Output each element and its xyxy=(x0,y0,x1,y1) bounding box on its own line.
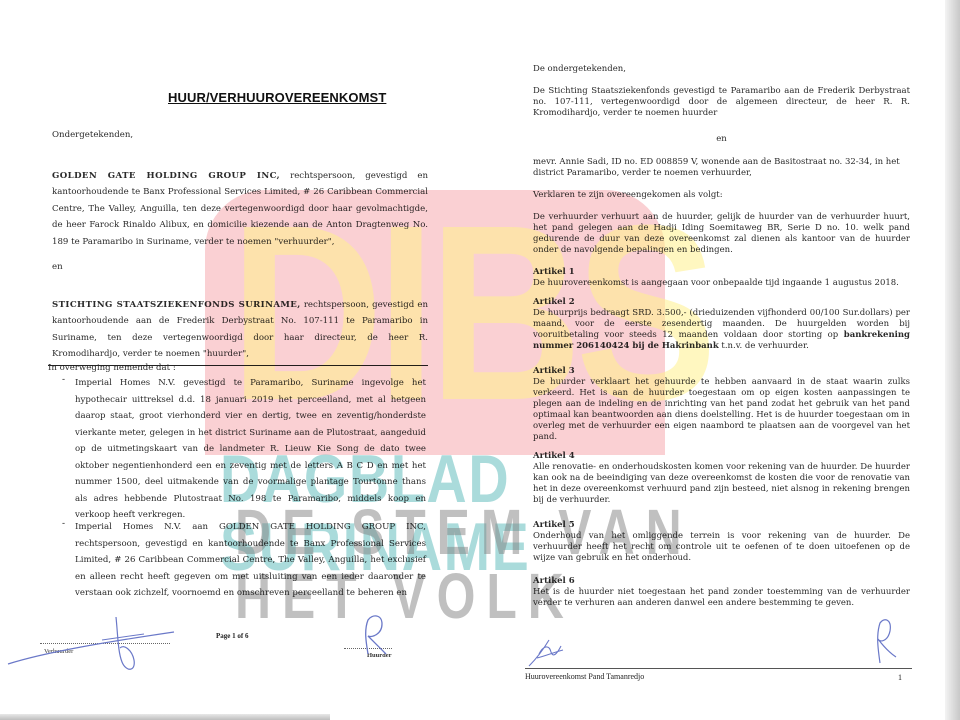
watermark-line1: DAGBLAD SURINAME xyxy=(220,445,827,581)
watermark: DIBS DAGBLAD SURINAME DE STEM VAN HET VO… xyxy=(0,0,960,720)
watermark-red-block xyxy=(205,190,665,455)
watermark-letters: DIBS xyxy=(230,188,711,438)
watermark-line2: DE STEM VAN HET VOLK xyxy=(235,500,801,628)
